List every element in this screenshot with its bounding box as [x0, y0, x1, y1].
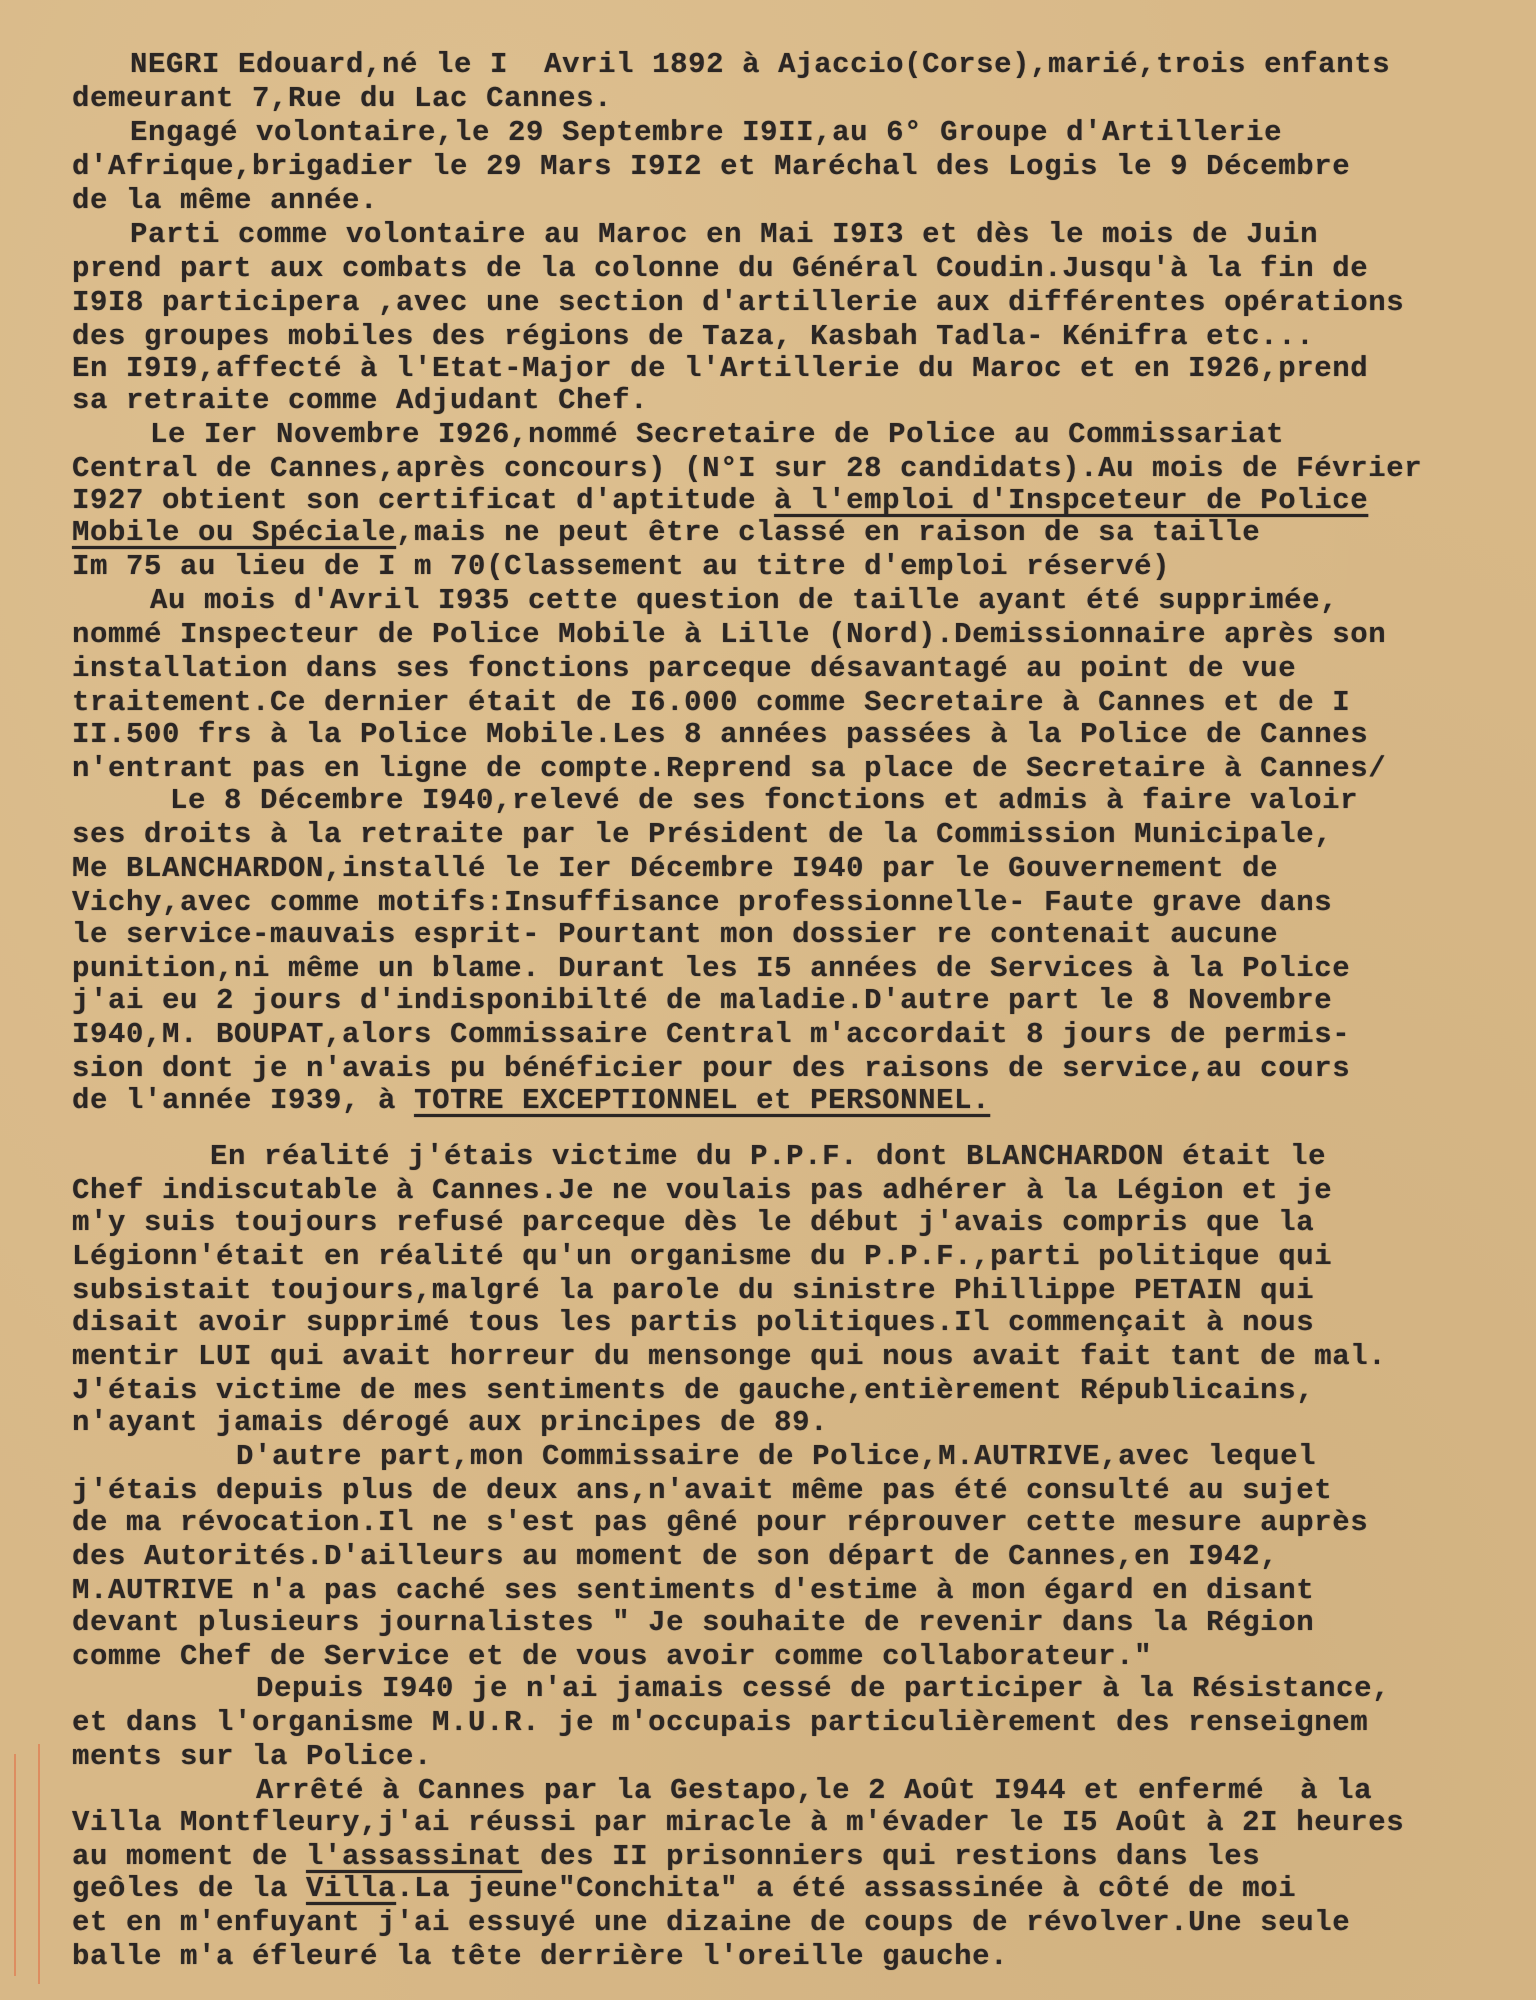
text-line: Me BLANCHARDON,installé le Ier Décembre … — [72, 852, 1278, 886]
underlined-text: Villa — [306, 1872, 396, 1905]
text-line: Chef indiscutable à Cannes.Je ne voulais… — [72, 1174, 1332, 1208]
line-text: punition,ni même un blame. Durant les I5… — [72, 952, 1350, 985]
red-margin-line-left — [14, 1754, 16, 1976]
line-text: subsistait toujours,malgré la parole du … — [72, 1274, 1314, 1307]
text-line: traitement.Ce dernier était de I6.000 co… — [72, 686, 1350, 720]
text-line: des groupes mobiles des régions de Taza,… — [72, 320, 1314, 354]
line-text: M.AUTRIVE n'a pas caché ses sentiments d… — [72, 1574, 1314, 1607]
line-text: n'entrant pas en ligne de compte.Reprend… — [72, 752, 1386, 785]
line-text: d'Afrique,brigadier le 29 Mars I9I2 et M… — [72, 150, 1350, 183]
line-text: comme Chef de Service et de vous avoir c… — [72, 1640, 1152, 1673]
line-text: devant plusieurs journalistes " Je souha… — [72, 1606, 1314, 1639]
text-line: subsistait toujours,malgré la parole du … — [72, 1274, 1314, 1308]
line-text: j'ai eu 2 jours d'indisponibilté de mala… — [72, 984, 1332, 1017]
line-text: Villa Montfleury,j'ai réussi par miracle… — [72, 1806, 1404, 1839]
line-text: Me BLANCHARDON,installé le Ier Décembre … — [72, 852, 1278, 885]
text-line: Central de Cannes,après concours) (N°I s… — [72, 452, 1422, 486]
line-text: sa retraite comme Adjudant Chef. — [72, 384, 648, 417]
text-line: demeurant 7,Rue du Lac Cannes. — [72, 82, 612, 116]
line-text: Arrêté à Cannes par la Gestapo,le 2 Août… — [256, 1774, 1372, 1807]
text-line: j'étais depuis plus de deux ans,n'avait … — [72, 1474, 1332, 1508]
text-line: devant plusieurs journalistes " Je souha… — [72, 1606, 1314, 1640]
underlined-text: Mobile ou Spéciale — [72, 516, 396, 549]
line-text: prend part aux combats de la colonne du … — [72, 252, 1368, 285]
line-text: ments sur la Police. — [72, 1740, 432, 1773]
text-line: Im 75 au lieu de I m 70(Classement au ti… — [72, 550, 1170, 584]
line-text: Parti comme volontaire au Maroc en Mai I… — [130, 218, 1318, 251]
line-text: En réalité j'étais victime du P.P.F. don… — [210, 1140, 1326, 1173]
line-text: I9I8 participera ,avec une section d'art… — [72, 286, 1404, 319]
text-line: Le 8 Décembre I940,relevé de ses fonctio… — [170, 784, 1358, 818]
text-line: geôles de la Villa.La jeune"Conchita" a … — [72, 1872, 1296, 1906]
underlined-text: TOTRE EXCEPTIONNEL et PERSONNEL. — [414, 1084, 990, 1117]
text-line: le service-mauvais esprit- Pourtant mon … — [72, 918, 1278, 952]
text-line: Au mois d'Avril I935 cette question de t… — [150, 584, 1338, 618]
text-line: Légionn'était en réalité qu'un organisme… — [72, 1240, 1332, 1274]
text-line: installation dans ses fonctions parceque… — [72, 652, 1296, 686]
text-line: balle m'a éfleuré la tête derrière l'ore… — [72, 1940, 1008, 1974]
text-line: mentir LUI qui avait horreur du mensonge… — [72, 1340, 1386, 1374]
underlined-text: l'assassinat — [306, 1840, 522, 1873]
text-line: n'entrant pas en ligne de compte.Reprend… — [72, 752, 1386, 786]
text-line: I927 obtient son certificat d'aptitude à… — [72, 484, 1368, 518]
line-text: des Autorités.D'ailleurs au moment de so… — [72, 1540, 1278, 1573]
text-line: punition,ni même un blame. Durant les I5… — [72, 952, 1350, 986]
line-text: traitement.Ce dernier était de I6.000 co… — [72, 686, 1350, 719]
text-line: au moment de l'assassinat des II prisonn… — [72, 1840, 1260, 1874]
text-line: disait avoir supprimé tous les partis po… — [72, 1306, 1314, 1340]
text-line: n'ayant jamais dérogé aux principes de 8… — [72, 1406, 828, 1440]
line-text: de ma révocation.Il ne s'est pas gêné po… — [72, 1506, 1368, 1539]
text-line: Mobile ou Spéciale,mais ne peut être cla… — [72, 516, 1260, 550]
line-text: Le Ier Novembre I926,nommé Secretaire de… — [150, 418, 1284, 451]
text-line: Arrêté à Cannes par la Gestapo,le 2 Août… — [256, 1774, 1372, 1808]
text-line: nommé Inspecteur de Police Mobile à Lill… — [72, 618, 1386, 652]
line-text: Au mois d'Avril I935 cette question de t… — [150, 584, 1338, 617]
line-text: j'étais depuis plus de deux ans,n'avait … — [72, 1474, 1332, 1507]
text-line: II.500 frs à la Police Mobile.Les 8 anné… — [72, 718, 1368, 752]
line-text: Vichy,avec comme motifs:Insuffisance pro… — [72, 886, 1332, 919]
typed-document-page: NEGRI Edouard,né le I Avril 1892 à Ajacc… — [0, 0, 1536, 2000]
text-line: ses droits à la retraite par le Présiden… — [72, 818, 1332, 852]
text-line: comme Chef de Service et de vous avoir c… — [72, 1640, 1152, 1674]
text-line: Engagé volontaire,le 29 Septembre I9II,a… — [130, 116, 1282, 150]
text-line: J'étais victime de mes sentiments de gau… — [72, 1374, 1314, 1408]
line-text: II.500 frs à la Police Mobile.Les 8 anné… — [72, 718, 1368, 751]
line-text: En I9I9,affecté à l'Etat-Major de l'Arti… — [72, 352, 1368, 385]
text-line: d'Afrique,brigadier le 29 Mars I9I2 et M… — [72, 150, 1350, 184]
text-line: sion dont je n'avais pu bénéficier pour … — [72, 1052, 1350, 1086]
line-text: disait avoir supprimé tous les partis po… — [72, 1306, 1314, 1339]
text-line: Villa Montfleury,j'ai réussi par miracle… — [72, 1806, 1404, 1840]
text-line: ments sur la Police. — [72, 1740, 432, 1774]
line-text: des II prisonniers qui restions dans les — [522, 1840, 1260, 1873]
text-line: Parti comme volontaire au Maroc en Mai I… — [130, 218, 1318, 252]
line-text: Le 8 Décembre I940,relevé de ses fonctio… — [170, 784, 1358, 817]
text-line: En I9I9,affecté à l'Etat-Major de l'Arti… — [72, 352, 1368, 386]
line-text: n'ayant jamais dérogé aux principes de 8… — [72, 1406, 828, 1439]
line-text: mentir LUI qui avait horreur du mensonge… — [72, 1340, 1386, 1373]
line-text: installation dans ses fonctions parceque… — [72, 652, 1296, 685]
line-text: au moment de — [72, 1840, 306, 1873]
text-line: de ma révocation.Il ne s'est pas gêné po… — [72, 1506, 1368, 1540]
text-line: et en m'enfuyant j'ai essuyé une dizaine… — [72, 1906, 1350, 1940]
line-text: I927 obtient son certificat d'aptitude — [72, 484, 774, 517]
text-line: de la même année. — [72, 184, 378, 218]
line-text: Im 75 au lieu de I m 70(Classement au ti… — [72, 550, 1170, 583]
line-text: geôles de la — [72, 1872, 306, 1905]
line-text: I940,M. BOUPAT,alors Commissaire Central… — [72, 1018, 1350, 1051]
line-text: sion dont je n'avais pu bénéficier pour … — [72, 1052, 1350, 1085]
text-line: et dans l'organisme M.U.R. je m'occupais… — [72, 1706, 1368, 1740]
text-line: Le Ier Novembre I926,nommé Secretaire de… — [150, 418, 1284, 452]
text-line: sa retraite comme Adjudant Chef. — [72, 384, 648, 418]
line-text: ,mais ne peut être classé en raison de s… — [396, 516, 1260, 549]
underlined-text: à l'emploi d'Inspceteur de Police — [774, 484, 1368, 517]
text-line: I940,M. BOUPAT,alors Commissaire Central… — [72, 1018, 1350, 1052]
text-line: des Autorités.D'ailleurs au moment de so… — [72, 1540, 1278, 1574]
line-text: demeurant 7,Rue du Lac Cannes. — [72, 82, 612, 115]
text-line: En réalité j'étais victime du P.P.F. don… — [210, 1140, 1326, 1174]
text-line: j'ai eu 2 jours d'indisponibilté de mala… — [72, 984, 1332, 1018]
line-text: Chef indiscutable à Cannes.Je ne voulais… — [72, 1174, 1332, 1207]
line-text: de l'année I939, à — [72, 1084, 414, 1117]
text-line: NEGRI Edouard,né le I Avril 1892 à Ajacc… — [130, 48, 1390, 82]
text-line: prend part aux combats de la colonne du … — [72, 252, 1368, 286]
line-text: m'y suis toujours refusé parceque dès le… — [72, 1206, 1314, 1239]
text-line: D'autre part,mon Commissaire de Police,M… — [236, 1440, 1316, 1474]
text-line: Vichy,avec comme motifs:Insuffisance pro… — [72, 886, 1332, 920]
line-text: .La jeune"Conchita" a été assassinée à c… — [396, 1872, 1296, 1905]
line-text: balle m'a éfleuré la tête derrière l'ore… — [72, 1940, 1008, 1973]
text-line: M.AUTRIVE n'a pas caché ses sentiments d… — [72, 1574, 1314, 1608]
line-text: et dans l'organisme M.U.R. je m'occupais… — [72, 1706, 1368, 1739]
line-text: D'autre part,mon Commissaire de Police,M… — [236, 1440, 1316, 1473]
line-text: NEGRI Edouard,né le I Avril 1892 à Ajacc… — [130, 48, 1390, 81]
line-text: de la même année. — [72, 184, 378, 217]
line-text: J'étais victime de mes sentiments de gau… — [72, 1374, 1314, 1407]
text-line: I9I8 participera ,avec une section d'art… — [72, 286, 1404, 320]
line-text: Légionn'était en réalité qu'un organisme… — [72, 1240, 1332, 1273]
line-text: nommé Inspecteur de Police Mobile à Lill… — [72, 618, 1386, 651]
text-line: de l'année I939, à TOTRE EXCEPTIONNEL et… — [72, 1084, 990, 1118]
text-line: m'y suis toujours refusé parceque dès le… — [72, 1206, 1314, 1240]
line-text: ses droits à la retraite par le Présiden… — [72, 818, 1332, 851]
line-text: Central de Cannes,après concours) (N°I s… — [72, 452, 1422, 485]
line-text: Engagé volontaire,le 29 Septembre I9II,a… — [130, 116, 1282, 149]
line-text: et en m'enfuyant j'ai essuyé une dizaine… — [72, 1906, 1350, 1939]
line-text: le service-mauvais esprit- Pourtant mon … — [72, 918, 1278, 951]
text-line: Depuis I940 je n'ai jamais cessé de part… — [256, 1672, 1390, 1706]
line-text: Depuis I940 je n'ai jamais cessé de part… — [256, 1672, 1390, 1705]
red-margin-line-right — [38, 1744, 40, 1984]
line-text: des groupes mobiles des régions de Taza,… — [72, 320, 1314, 353]
